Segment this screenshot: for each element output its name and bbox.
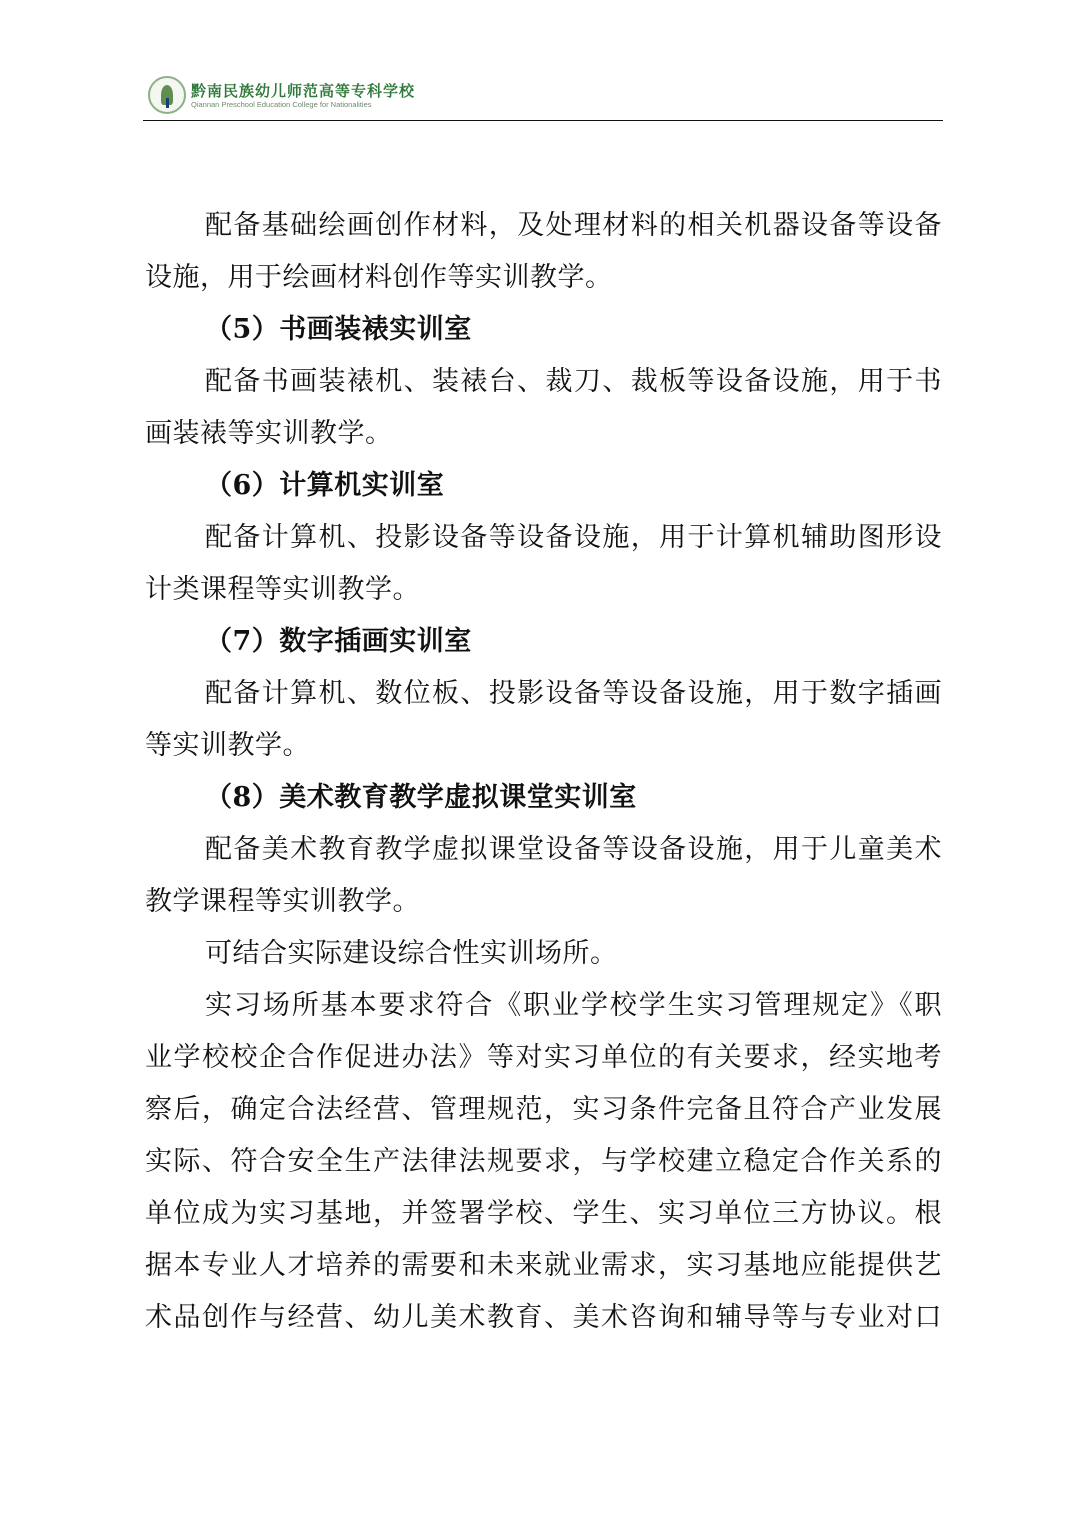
trunk-shape — [166, 98, 169, 108]
section-heading: （7）数字插画实训室 — [145, 616, 942, 668]
school-name-cn: 黔南民族幼儿师范高等专科学校 — [191, 80, 415, 101]
header-divider — [143, 120, 943, 121]
paragraph-line: 术品创作与经营、幼儿美术教育、美术咨询和辅导等与专业对口 — [145, 1292, 942, 1344]
page-header: 黔南民族幼儿师范高等专科学校 Qiannan Preschool Educati… — [143, 72, 943, 122]
section-heading: （6）计算机实训室 — [145, 460, 942, 512]
paragraph-line: 单位成为实习基地，并签署学校、学生、实习单位三方协议。根 — [145, 1188, 942, 1240]
paragraph-line: 配备计算机、数位板、投影设备等设备设施，用于数字插画 — [145, 668, 942, 720]
paragraph-line: 配备美术教育教学虚拟课堂设备等设备设施，用于儿童美术 — [145, 824, 942, 876]
paragraph-line: 画装裱等实训教学。 — [145, 408, 942, 460]
paragraph-line: 配备计算机、投影设备等设备设施，用于计算机辅助图形设 — [145, 512, 942, 564]
paragraph-line: 业学校校企合作促进办法》等对实习单位的有关要求，经实地考 — [145, 1032, 942, 1084]
school-name-en: Qiannan Preschool Education College for … — [191, 100, 372, 109]
paragraph-line: 教学课程等实训教学。 — [145, 876, 942, 928]
document-body: 配备基础绘画创作材料，及处理材料的相关机器设备等设备 设施，用于绘画材料创作等实… — [145, 200, 942, 1344]
paragraph-line: 计类课程等实训教学。 — [145, 564, 942, 616]
paragraph-line: 据本专业人才培养的需要和未来就业需求，实习基地应能提供艺 — [145, 1240, 942, 1292]
paragraph-line: 配备基础绘画创作材料，及处理材料的相关机器设备等设备 — [145, 200, 942, 252]
paragraph-line: 配备书画装裱机、装裱台、裁刀、裁板等设备设施，用于书 — [145, 356, 942, 408]
paragraph-line: 实习场所基本要求符合《职业学校学生实习管理规定》《职 — [145, 980, 942, 1032]
paragraph-line: 可结合实际建设综合性实训场所。 — [145, 928, 942, 980]
paragraph-line: 实际、符合安全生产法律法规要求，与学校建立稳定合作关系的 — [145, 1136, 942, 1188]
paragraph-line: 设施，用于绘画材料创作等实训教学。 — [145, 252, 942, 304]
section-heading: （5）书画装裱实训室 — [145, 304, 942, 356]
paragraph-line: 等实训教学。 — [145, 720, 942, 772]
school-emblem-icon — [148, 76, 186, 114]
section-heading: （8）美术教育教学虚拟课堂实训室 — [145, 772, 942, 824]
paragraph-line: 察后，确定合法经营、管理规范，实习条件完备且符合产业发展 — [145, 1084, 942, 1136]
